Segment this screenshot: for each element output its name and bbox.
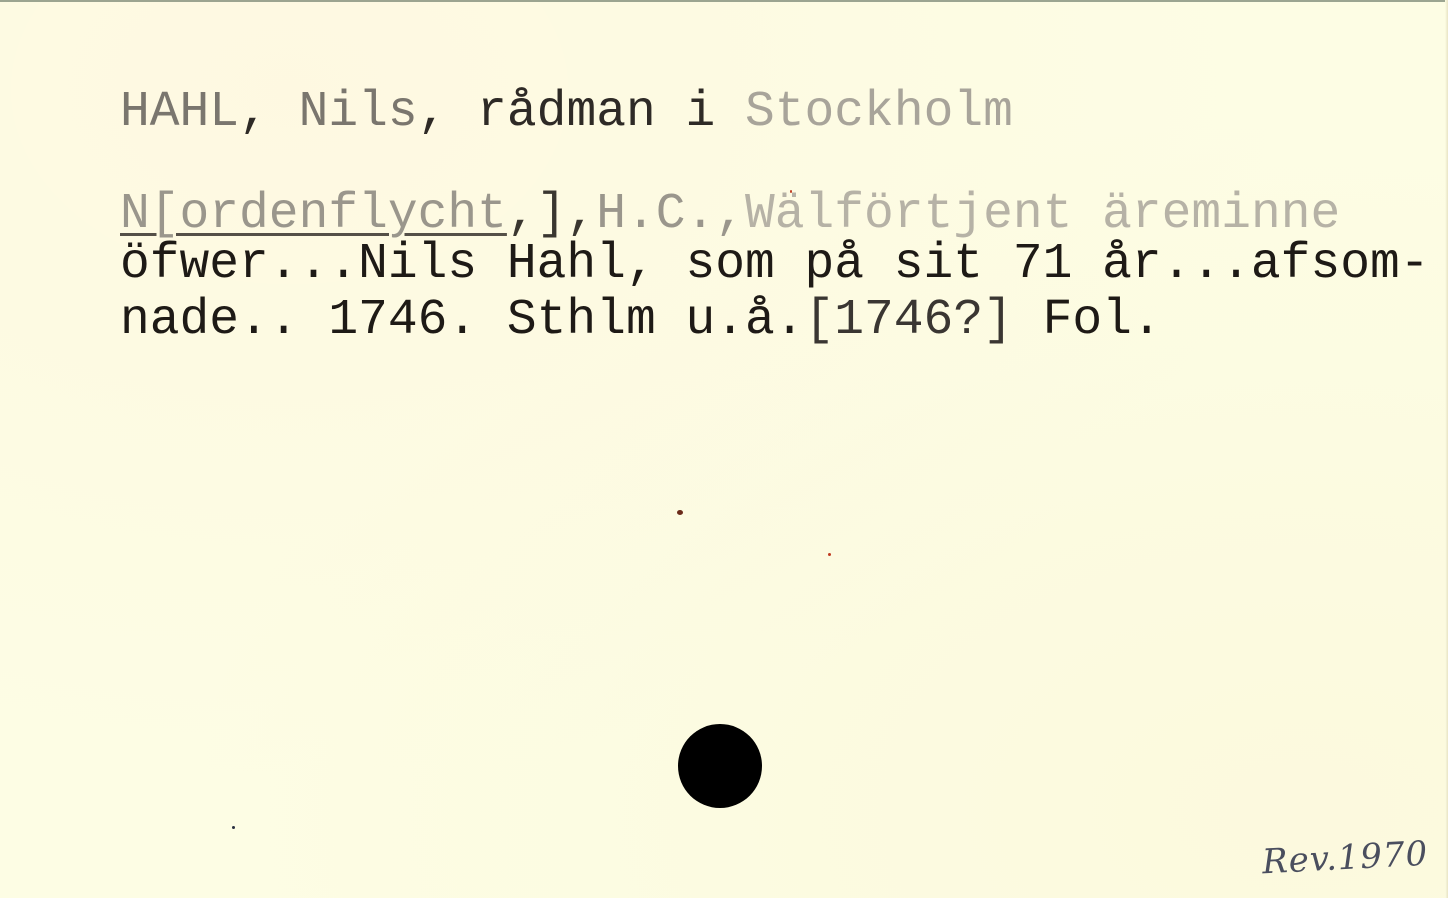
handwritten-annotation: Rev.1970: [1261, 834, 1429, 883]
heading-given-name: Nils: [299, 84, 418, 140]
ink-speck: [828, 553, 831, 556]
entry-line-2: öfwer...Nils Hahl, som på sit 71 år...af…: [120, 240, 1430, 290]
entry-line-1: N[ordenflycht,],H.C.,Wälförtjent äreminn…: [120, 190, 1340, 240]
entry-title-start: Wälförtjent äreminne: [745, 186, 1340, 242]
entry-format: Fol.: [1013, 292, 1162, 348]
card-heading: HAHL, Nils, rådman i Stockholm: [120, 88, 1013, 138]
entry-author-bracket: ,],: [507, 186, 596, 242]
entry-date-bracket: [1746?]: [805, 292, 1013, 348]
heading-space: [715, 84, 745, 140]
heading-separator: ,: [239, 84, 299, 140]
heading-place: Stockholm: [745, 84, 1013, 140]
ink-speck: [790, 190, 792, 193]
catalog-card: HAHL, Nils, rådman i Stockholm N[ordenfl…: [0, 0, 1448, 898]
ink-speck: [677, 510, 683, 515]
entry-imprint: nade.. 1746. Sthlm u.å.: [120, 292, 805, 348]
entry-initials: H.C.,: [596, 186, 745, 242]
entry-author: N[ordenflycht: [120, 186, 507, 242]
entry-line-3: nade.. 1746. Sthlm u.å.[1746?] Fol.: [120, 296, 1162, 346]
heading-separator: ,: [418, 84, 478, 140]
ink-speck: [232, 826, 235, 829]
heading-title: rådman i: [477, 84, 715, 140]
punch-hole: [678, 724, 762, 808]
card-top-edge: [0, 0, 1448, 2]
heading-surname: HAHL: [120, 84, 239, 140]
